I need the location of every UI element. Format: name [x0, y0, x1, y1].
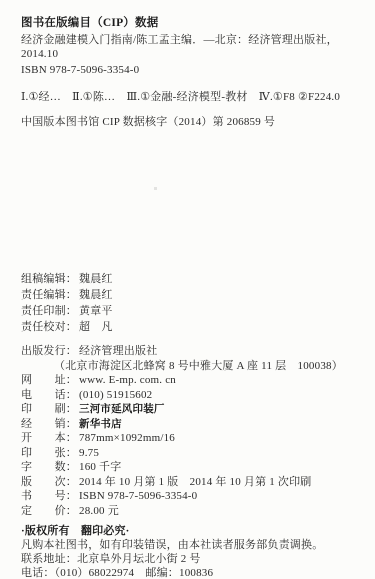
contact-phone: 电话：（010）68022974 邮编：100836 [21, 566, 361, 579]
editor-name: 魏晨红 [79, 289, 113, 301]
cip-record-number: 中国版本图书馆 CIP 数据核字（2014）第 206859 号 [21, 115, 361, 129]
editor-label: 责任校对： [21, 321, 77, 333]
pub-value: 三河市延风印装厂 [79, 403, 165, 415]
editor-row-responsible: 责任编辑：魏晨红 [21, 287, 361, 303]
pub-row-phone: 电 话：(010) 51915602 [21, 388, 361, 403]
editor-label: 责任印制： [21, 305, 77, 317]
cip-block: 图书在版编目（CIP）数据 经济金融建模入门指南/陈工孟主编．—北京：经济管理出… [21, 16, 361, 129]
cip-classification: Ⅰ.①经… Ⅱ.①陈… Ⅲ.①金融-经济模型-教材 Ⅳ.①F8 ②F224.0 [21, 90, 361, 104]
pub-label: 版 次： [21, 476, 77, 488]
editor-row-printing: 责任印制：黄章平 [21, 303, 361, 319]
editor-name: 黄章平 [79, 305, 113, 317]
pub-row-distributor: 经 销：新华书店 [21, 417, 361, 432]
pub-label: 书 号： [21, 490, 77, 502]
scan-artifact [154, 187, 157, 190]
editor-row-proofreading: 责任校对：超 凡 [21, 319, 361, 335]
pub-row-price: 定 价：28.00 元 [21, 504, 361, 519]
pub-row-format: 开 本：787mm×1092mm/16 [21, 431, 361, 446]
pub-row-isbn: 书 号：ISBN 978-7-5096-3354-0 [21, 489, 361, 504]
pub-value: 9.75 [79, 447, 99, 459]
pub-label: 开 本： [21, 432, 77, 444]
publisher-address-note: （北京市海淀区北蜂窝 8 号中雅大厦 A 座 11 层 100038） [54, 359, 361, 374]
pub-label: 印 张： [21, 447, 77, 459]
editors-block: 组稿编辑：魏晨红 责任编辑：魏晨红 责任印制：黄章平 责任校对：超 凡 [21, 271, 361, 335]
pub-value: 经济管理出版社 [79, 345, 157, 357]
pub-value: (010) 51915602 [79, 389, 152, 401]
pub-row-wordcount: 字 数：160 千字 [21, 460, 361, 475]
editor-name: 超 凡 [79, 321, 113, 333]
editor-label: 责任编辑： [21, 289, 77, 301]
pub-row-sheets: 印 张：9.75 [21, 446, 361, 461]
pub-label: 字 数： [21, 461, 77, 473]
pub-row-edition: 版 次：2014 年 10 月第 1 版 2014 年 10 月第 1 次印刷 [21, 475, 361, 490]
pub-value: 160 千字 [79, 461, 121, 473]
pub-label: 电 话： [21, 389, 77, 401]
cip-isbn: ISBN 978-7-5096-3354-0 [21, 63, 361, 77]
exchange-policy: 凡购本社图书，如有印装错误，由本社读者服务部负责调换。 [21, 538, 361, 552]
pub-value: 2014 年 10 月第 1 版 2014 年 10 月第 1 次印刷 [79, 476, 312, 488]
editor-label: 组稿编辑： [21, 273, 77, 285]
editor-name: 魏晨红 [79, 273, 113, 285]
pub-row-printer: 印 刷：三河市延风印装厂 [21, 402, 361, 417]
pub-row-publisher: 出版发行：经济管理出版社 [21, 344, 361, 359]
publication-block: 出版发行：经济管理出版社 （北京市海淀区北蜂窝 8 号中雅大厦 A 座 11 层… [21, 344, 361, 518]
contact-address: 联系地址：北京阜外月坛北小街 2 号 [21, 552, 361, 566]
pub-label: 印 刷： [21, 403, 77, 415]
pub-value: 28.00 元 [79, 505, 119, 517]
cip-description: 经济金融建模入门指南/陈工孟主编．—北京：经济管理出版社，2014.10 [21, 33, 361, 61]
pub-label: 网 址： [21, 374, 77, 386]
pub-row-website: 网 址：www. E-mp. com. cn [21, 373, 361, 388]
copyright-notice: ·版权所有 翻印必究· [21, 524, 361, 538]
pub-value: 787mm×1092mm/16 [79, 432, 175, 444]
pub-value: www. E-mp. com. cn [79, 374, 176, 386]
copyright-page: 图书在版编目（CIP）数据 经济金融建模入门指南/陈工孟主编．—北京：经济管理出… [0, 0, 375, 579]
editor-row-commissioning: 组稿编辑：魏晨红 [21, 271, 361, 287]
pub-value: ISBN 978-7-5096-3354-0 [79, 490, 197, 502]
cip-title: 图书在版编目（CIP）数据 [21, 16, 361, 30]
copyright-block: ·版权所有 翻印必究· 凡购本社图书，如有印装错误，由本社读者服务部负责调换。 … [21, 524, 361, 579]
pub-label: 定 价： [21, 505, 77, 517]
pub-label: 出版发行： [21, 345, 77, 357]
pub-value: 新华书店 [79, 418, 122, 430]
pub-label: 经 销： [21, 418, 77, 430]
